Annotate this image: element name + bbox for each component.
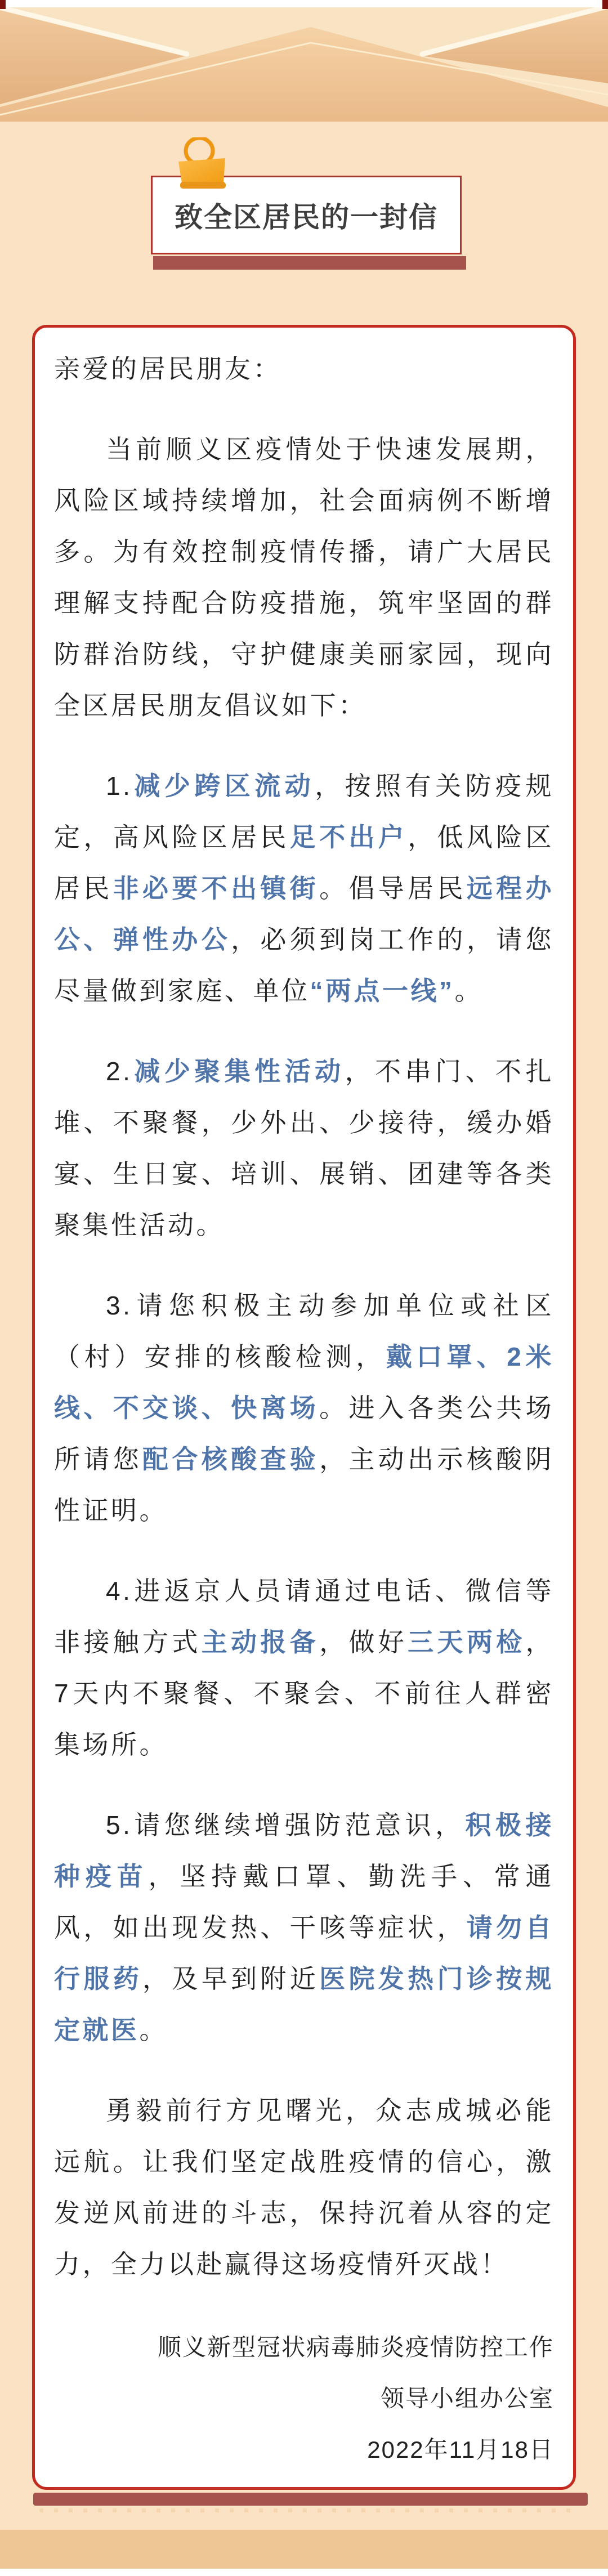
title-card-shadow bbox=[153, 256, 466, 270]
letter-paragraph: 1.减少跨区流动，按照有关防疫规定，高风险区居民足不出户，低风险区居民非必要不出… bbox=[54, 761, 554, 1017]
letter-paragraph: 当前顺义区疫情处于快速发展期，风险区域持续增加，社会面病例不断增多。为有效控制疫… bbox=[54, 424, 554, 731]
signature-block: 顺义新型冠状病毒肺炎疫情防控工作领导小组办公室2022年11月18日 bbox=[54, 2322, 554, 2475]
body-text: ，及早到附近 bbox=[142, 1964, 319, 1993]
perforation-dots bbox=[39, 2508, 574, 2512]
letter-paragraph: 3.请您积极主动参加单位或社区（村）安排的核酸检测，戴口罩、2米线、不交谈、快离… bbox=[54, 1280, 554, 1536]
top-left-corner-mark bbox=[0, 0, 6, 9]
letter-card: 亲爱的居民朋友：当前顺义区疫情处于快速发展期，风险区域持续增加，社会面病例不断增… bbox=[32, 325, 576, 2490]
highlighted-text: 非必要不出镇街 bbox=[113, 874, 319, 903]
page-title: 致全区居民的一封信 bbox=[175, 195, 438, 235]
letter-paragraph: 5.请您继续增强防范意识，积极接种疫苗，坚持戴口罩、勤洗手、常通风，如出现发热、… bbox=[54, 1800, 554, 2056]
body-text: 。 bbox=[455, 976, 484, 1005]
body-text: 。 bbox=[140, 2015, 168, 2045]
body-text: ，做好 bbox=[319, 1627, 408, 1657]
body-text: 。倡导居民 bbox=[319, 874, 467, 903]
top-right-corner-mark bbox=[602, 0, 608, 9]
highlighted-text: 足不出户 bbox=[290, 822, 408, 852]
body-text: 1. bbox=[106, 771, 132, 800]
top-white-strip bbox=[0, 0, 608, 7]
letter-paragraph: 4.进返京人员请通过电话、微信等非接触方式主动报备，做好三天两检，7天内不聚餐、… bbox=[54, 1566, 554, 1770]
body-text: 5.请您继续增强防范意识， bbox=[106, 1810, 466, 1840]
envelope-header-decoration bbox=[0, 0, 608, 122]
letter-body: 亲爱的居民朋友：当前顺义区疫情处于快速发展期，风险区域持续增加，社会面病例不断增… bbox=[54, 343, 554, 2290]
letter-paragraph: 2.减少聚集性活动，不串门、不扎堆、不聚餐，少外出、少接待，缓办婚宴、生日宴、培… bbox=[54, 1046, 554, 1251]
letter-poster-page: 致全区居民的一封信 亲爱的居民朋友：当前顺义区疫情处于快速发展期，风险区域持续增… bbox=[0, 0, 608, 2576]
highlighted-text: 配合核酸查验 bbox=[142, 1444, 319, 1474]
letter-card-shadow bbox=[33, 2493, 588, 2506]
footer-band bbox=[0, 2530, 608, 2569]
bottom-white-strip bbox=[0, 2569, 608, 2576]
binder-clip-icon bbox=[177, 137, 234, 194]
signature-line: 领导小组办公室 bbox=[54, 2373, 554, 2424]
letter-paragraph: 亲爱的居民朋友： bbox=[54, 343, 554, 395]
body-text: 2. bbox=[106, 1057, 132, 1086]
signature-date: 2022年11月18日 bbox=[54, 2424, 554, 2475]
body-text: 亲爱的居民朋友： bbox=[54, 354, 281, 383]
signature-line: 顺义新型冠状病毒肺炎疫情防控工作 bbox=[54, 2322, 554, 2373]
highlighted-text: 三天两检 bbox=[408, 1627, 525, 1657]
clip-body bbox=[178, 158, 225, 183]
body-text: 勇毅前行方见曙光，众志成城必能远航。让我们坚定战胜疫情的信心，激发逆风前进的斗志… bbox=[54, 2096, 554, 2279]
highlighted-text: “两点一线” bbox=[310, 976, 455, 1005]
letter-paragraph: 勇毅前行方见曙光，众志成城必能远航。让我们坚定战胜疫情的信心，激发逆风前进的斗志… bbox=[54, 2085, 554, 2290]
highlighted-text: 主动报备 bbox=[202, 1627, 319, 1657]
highlighted-text: 减少聚集性活动 bbox=[132, 1057, 345, 1086]
highlighted-text: 减少跨区流动 bbox=[132, 771, 315, 800]
body-text: 当前顺义区疫情处于快速发展期，风险区域持续增加，社会面病例不断增多。为有效控制疫… bbox=[54, 435, 554, 720]
clip-base bbox=[180, 182, 226, 189]
